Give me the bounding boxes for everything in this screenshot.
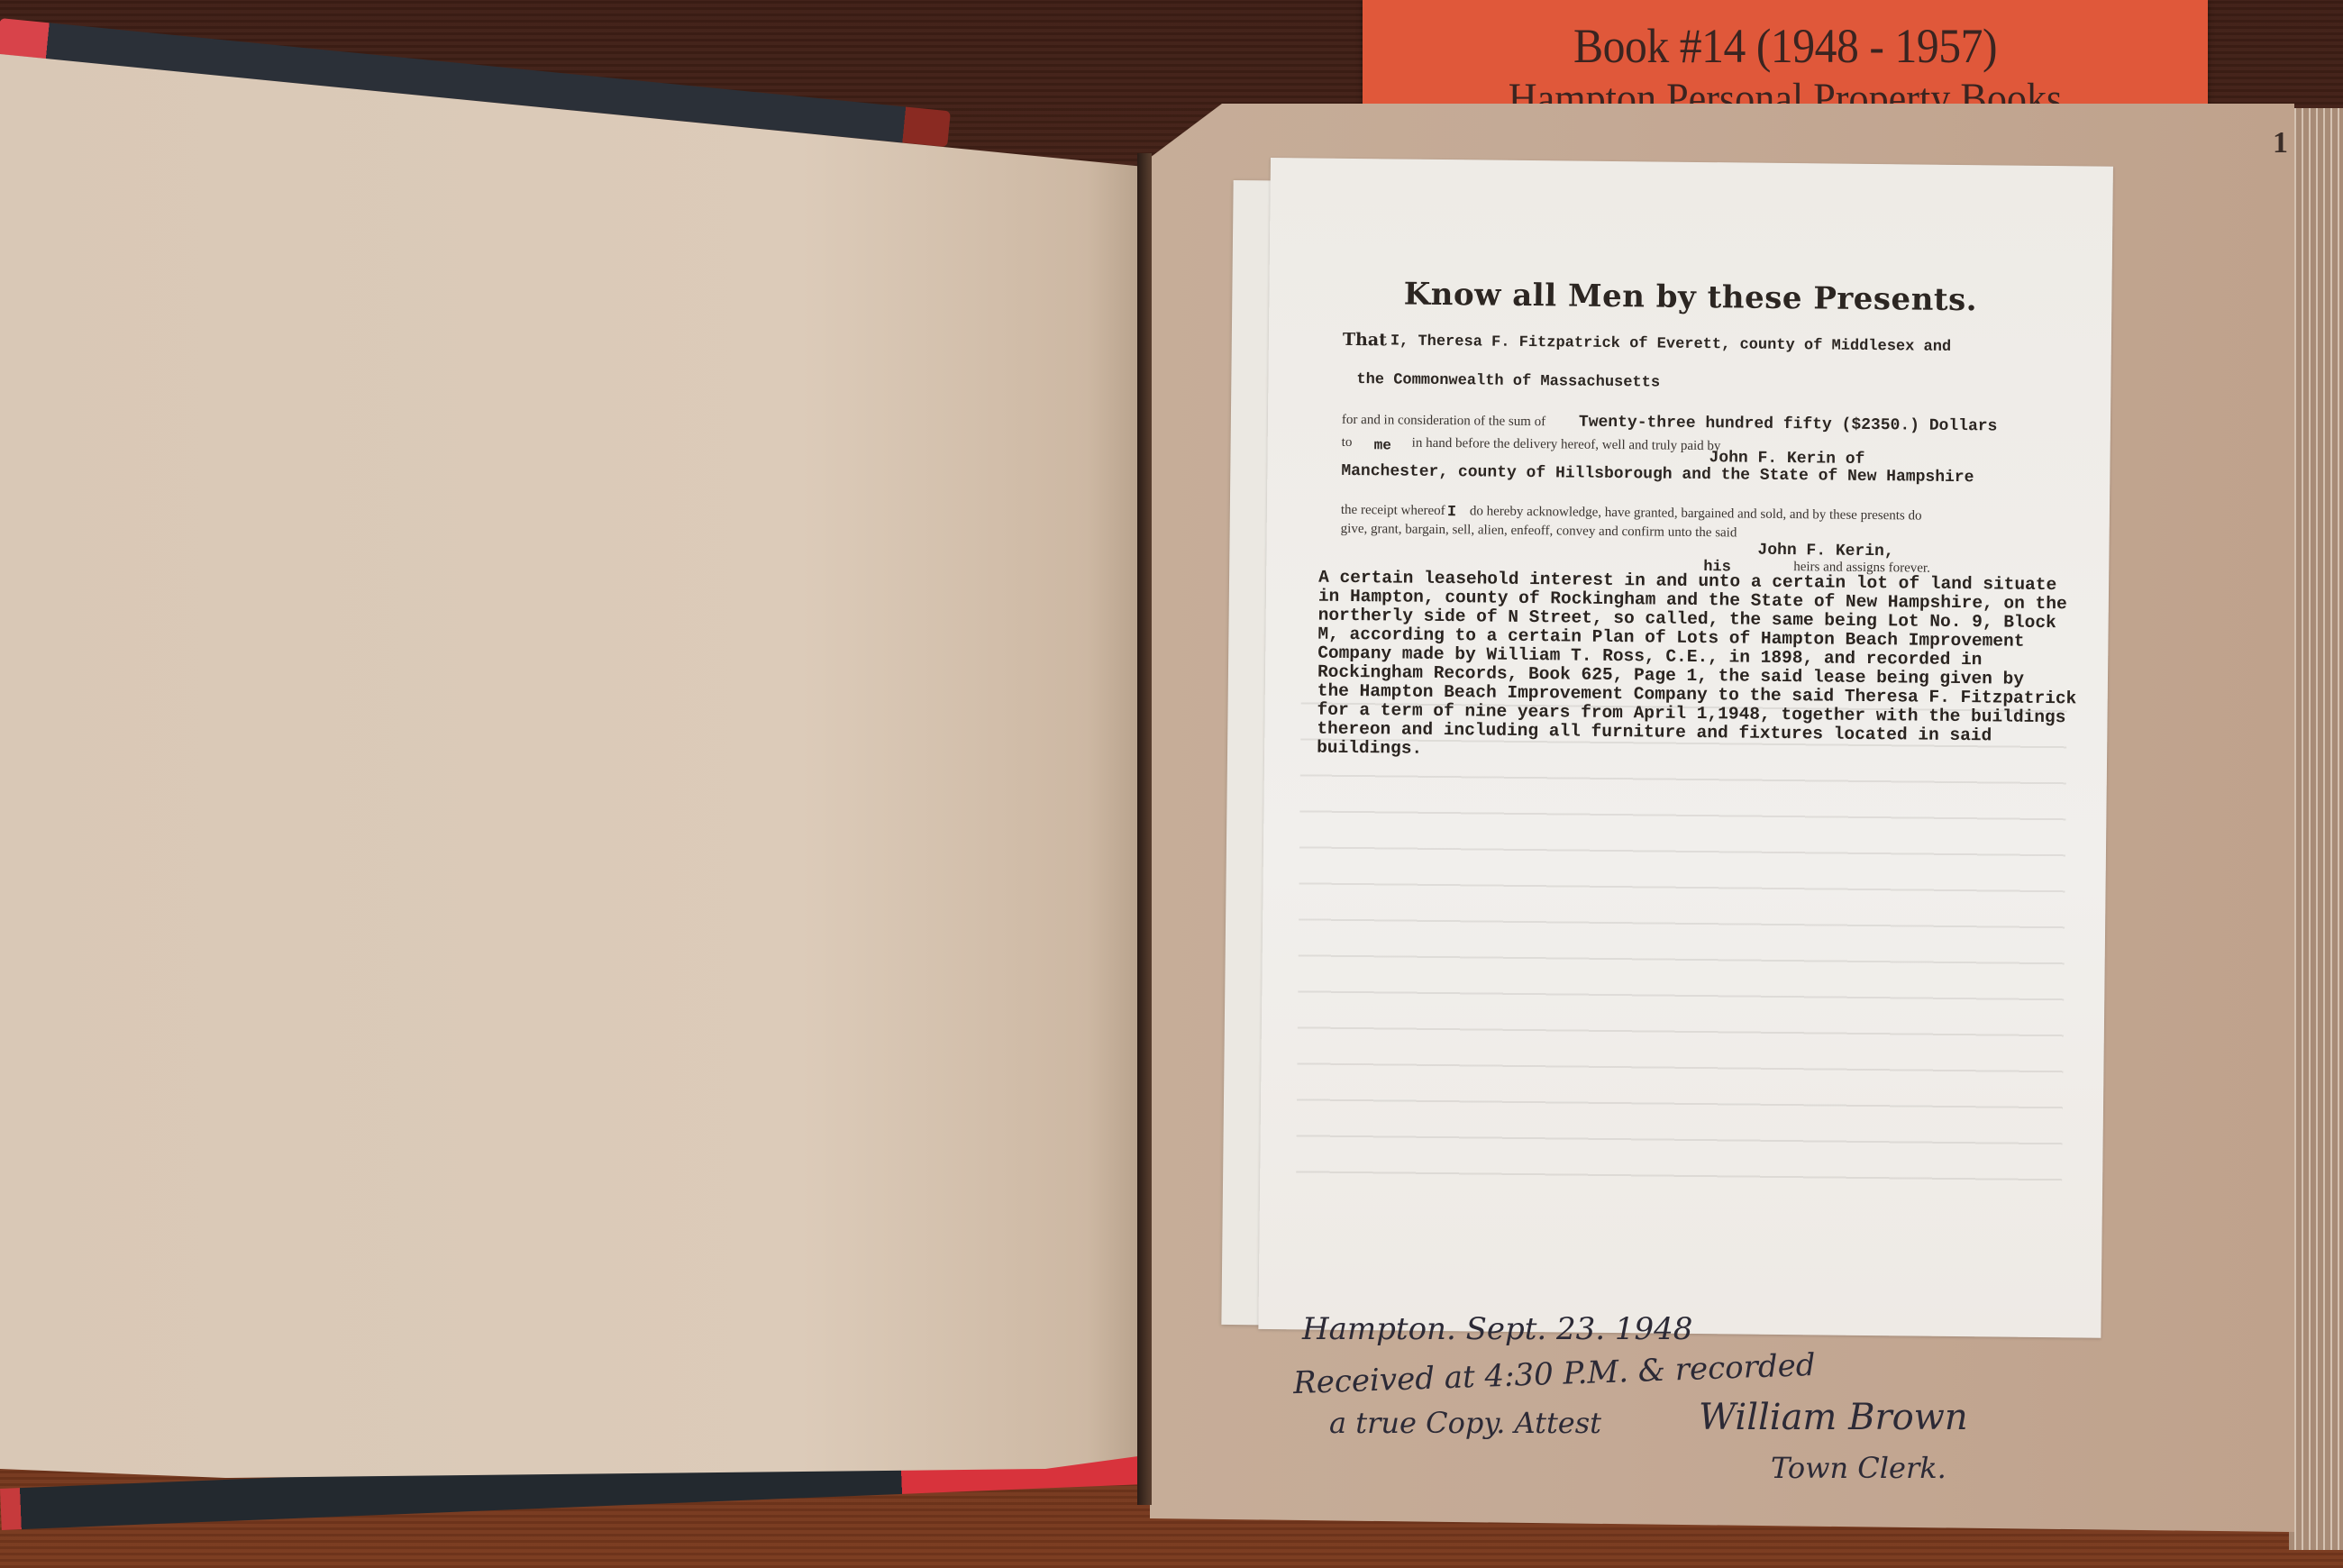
grantee-residence: Manchester, county of Hillsborough and t… [1341,462,1974,487]
deed-document: Know all Men by these Presents. That I, … [1258,158,2113,1338]
page-edges [2289,108,2343,1550]
deed-title: Know all Men by these Presents. [1269,275,2111,320]
clerk-signature: William Brown [1699,1397,1968,1438]
label-line-1: Book #14 (1948 - 1957) [1397,20,2174,72]
to-label: to [1342,435,1353,451]
receipt-value: I [1447,504,1456,521]
page-number: 1 [2273,126,2288,160]
clerk-title: Town Clerk. [1771,1451,1946,1485]
grantor-line-1: I, Theresa F. Fitzpatrick of Everett, co… [1390,333,1951,356]
consideration-amount: Twenty-three hundred fifty ($2350.) Doll… [1579,414,1998,436]
left-page-blank [0,54,1144,1496]
receipt-text: do hereby acknowledge, have granted, bar… [1470,504,1922,524]
recording-line-1: Hampton. Sept. 23. 1948 [1302,1311,1692,1347]
book-gutter [1137,153,1152,1505]
grantee-name: John F. Kerin, [1757,542,1893,561]
grantor-line-2: the Commonwealth of Massachusetts [1356,371,1660,392]
to-value: me [1374,437,1391,453]
paid-text: in hand before the delivery hereof, well… [1412,436,1721,455]
show-through-text [1296,680,2067,1193]
recording-line-3: a true Copy. Attest [1329,1406,1601,1440]
that-label: That [1343,330,1387,351]
consideration-label: for and in consideration of the sum of [1342,413,1545,430]
grant-text: give, grant, bargain, sell, alien, enfeo… [1341,522,1737,542]
receipt-label: the receipt whereof [1341,503,1445,519]
